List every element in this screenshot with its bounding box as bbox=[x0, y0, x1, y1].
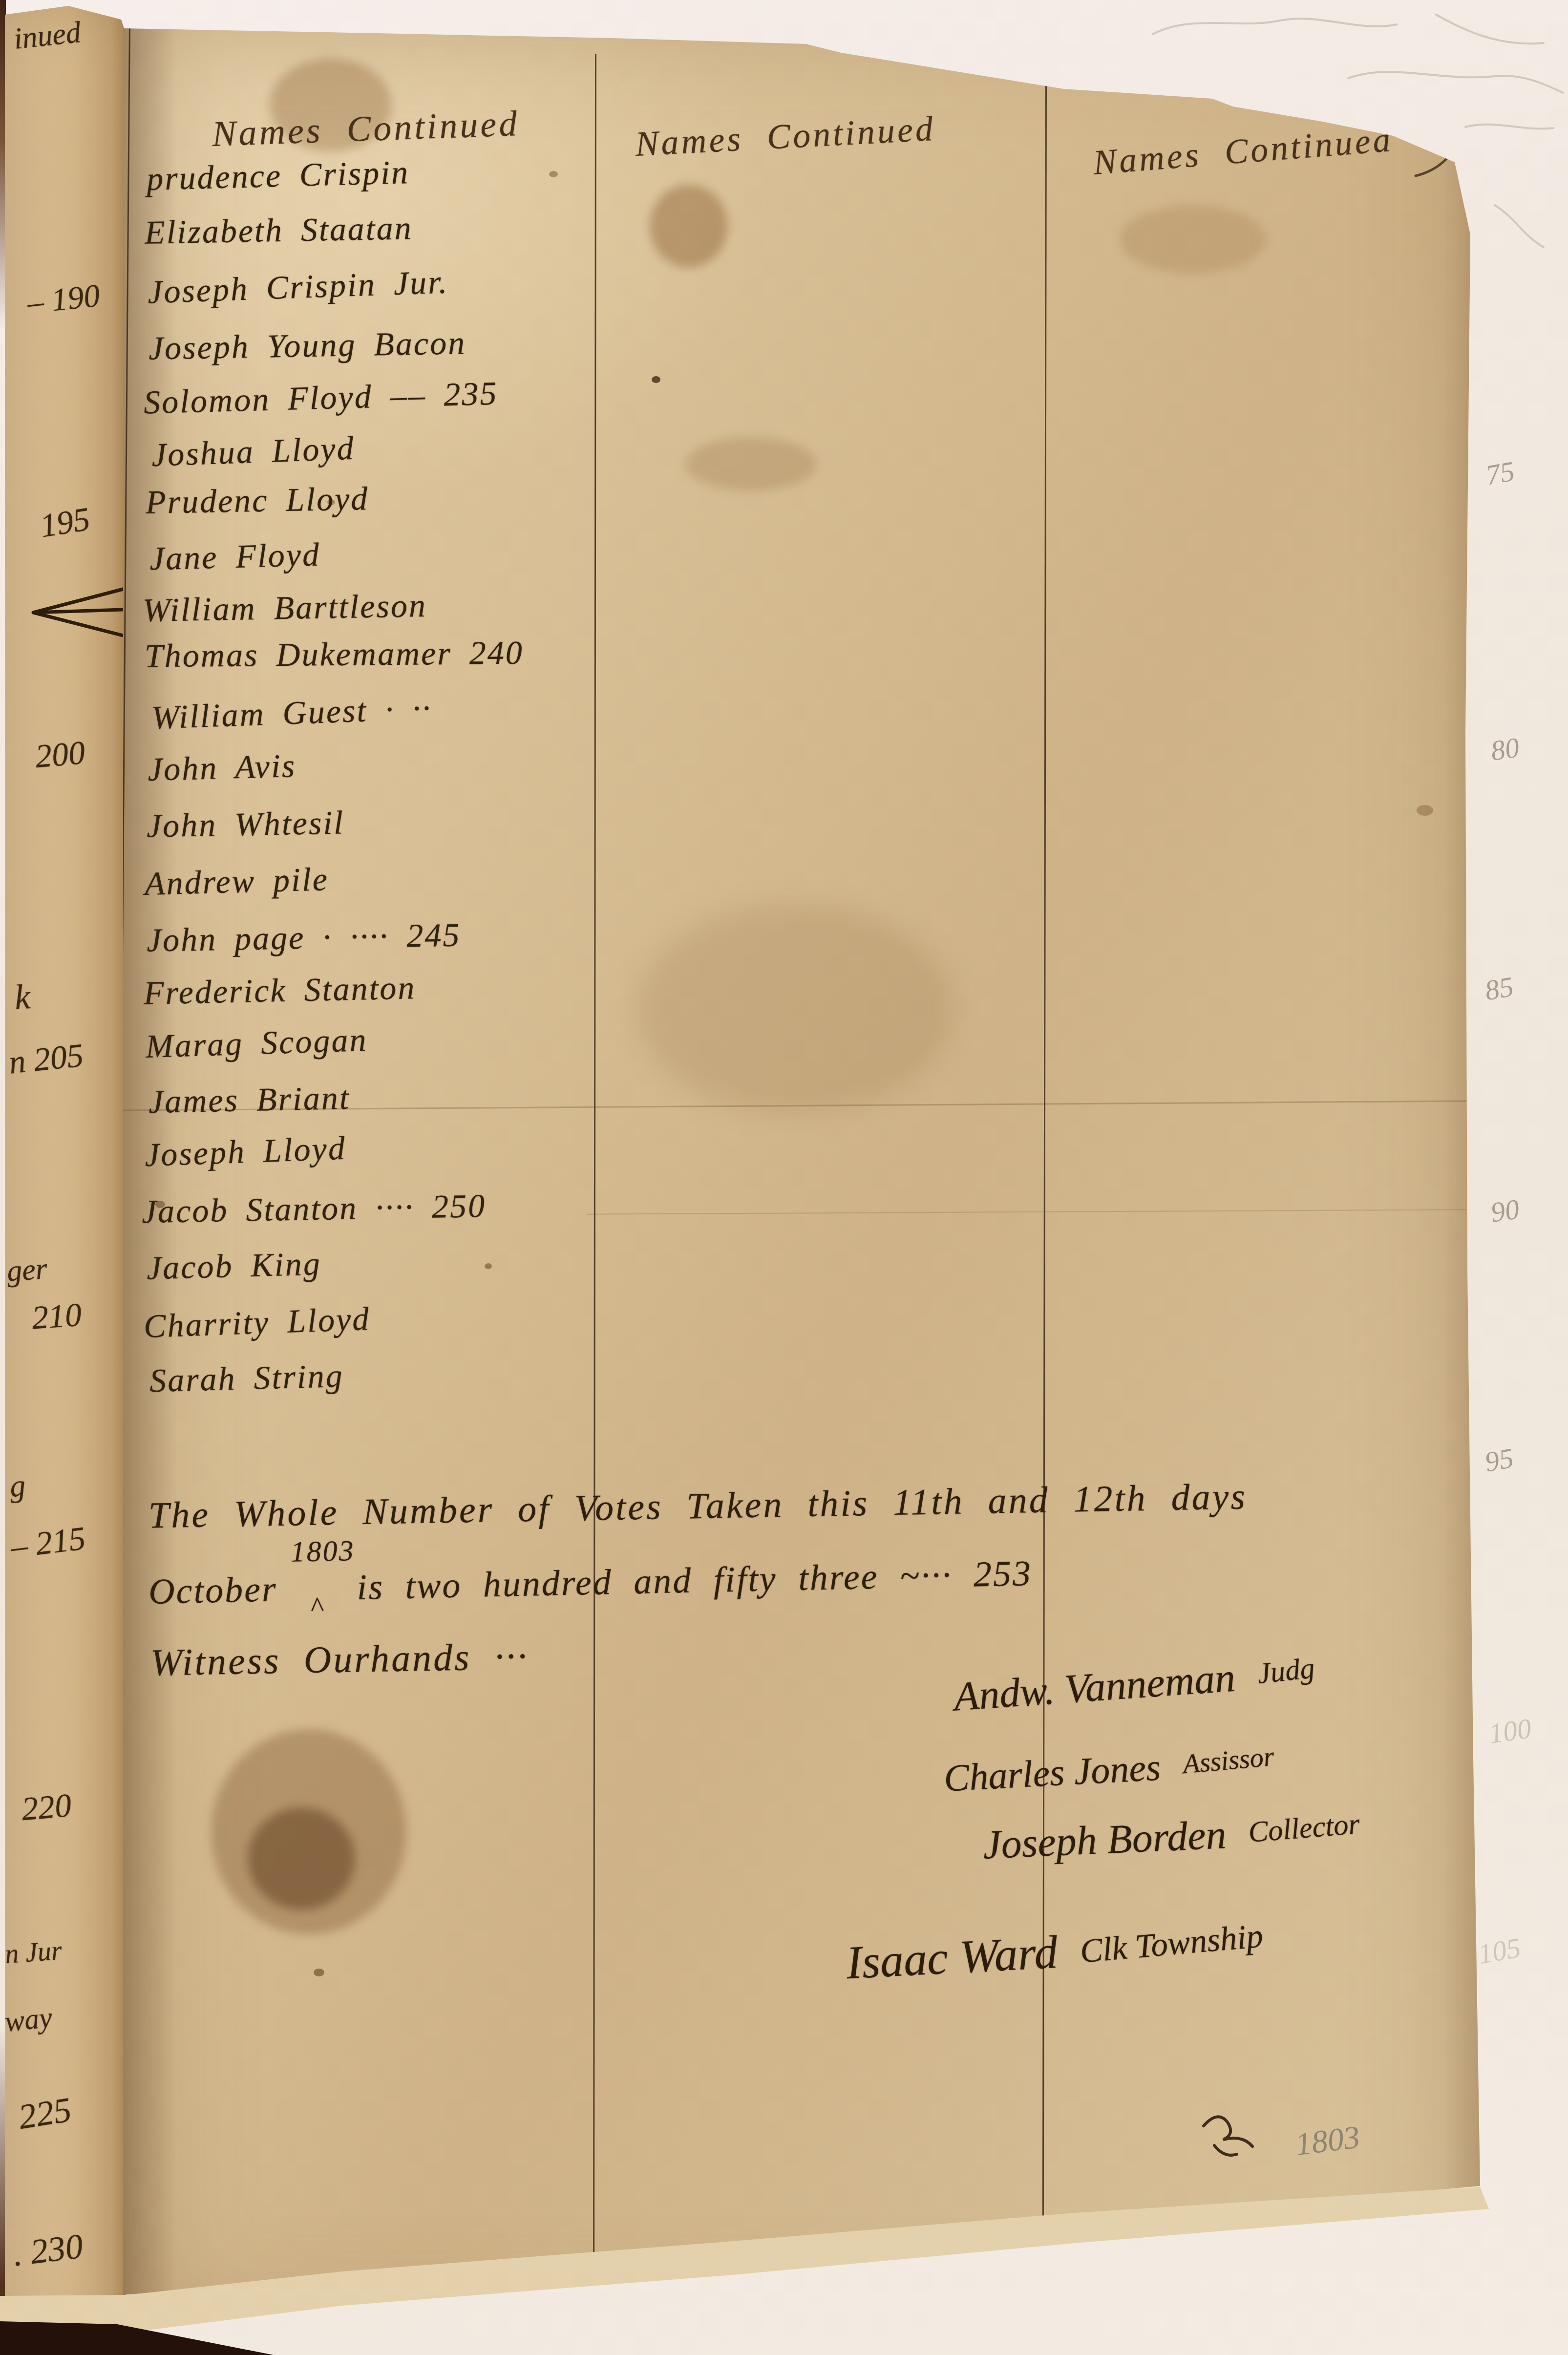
manuscript-scan: 75 80 85 90 95 100 105 inued – 190 195 2… bbox=[0, 0, 1568, 2355]
binding-corner bbox=[0, 0, 1568, 2355]
